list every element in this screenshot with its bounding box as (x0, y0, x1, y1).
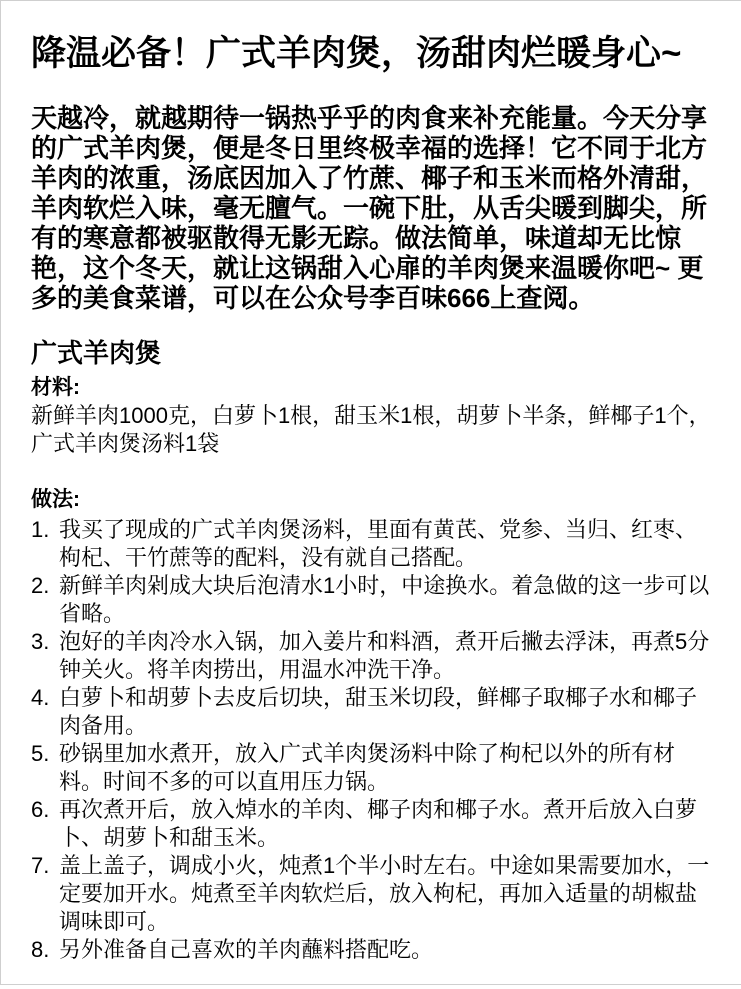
step-item: 泡好的羊肉冷水入锅，加入姜片和料酒，煮开后撇去浮沫，再煮5分钟关火。将羊肉捞出，… (59, 628, 711, 684)
materials-label: 材料: (31, 376, 711, 400)
intro-paragraph: 天越冷，就越期待一锅热乎乎的肉食来补充能量。今天分享的广式羊肉煲，便是冬日里终极… (31, 103, 711, 313)
step-item: 另外准备自己喜欢的羊肉蘸料搭配吃。 (59, 936, 711, 964)
step-item: 盖上盖子，调成小火，炖煮1个半小时左右。中途如果需要加水，一定要加开水。炖煮至羊… (59, 852, 711, 936)
recipe-heading: 广式羊肉煲 (31, 338, 711, 368)
step-item: 砂锅里加水煮开，放入广式羊肉煲汤料中除了枸杞以外的所有材料。时间不多的可以直用压… (59, 740, 711, 796)
step-item: 我买了现成的广式羊肉煲汤料，里面有黄芪、党参、当归、红枣、枸杞、干竹蔗等的配料，… (59, 516, 711, 572)
step-item: 白萝卜和胡萝卜去皮后切块，甜玉米切段，鲜椰子取椰子水和椰子肉备用。 (59, 684, 711, 740)
steps-label: 做法: (31, 488, 711, 512)
step-item: 再次煮开后，放入焯水的羊肉、椰子肉和椰子水。煮开后放入白萝卜、胡萝卜和甜玉米。 (59, 796, 711, 852)
document-page: 降温必备！广式羊肉煲，汤甜肉烂暖身心~ 天越冷，就越期待一锅热乎乎的肉食来补充能… (0, 0, 741, 985)
materials-text: 新鲜羊肉1000克，白萝卜1根，甜玉米1根，胡萝卜半条，鲜椰子1个，广式羊肉煲汤… (31, 402, 711, 458)
steps-list: 我买了现成的广式羊肉煲汤料，里面有黄芪、党参、当归、红枣、枸杞、干竹蔗等的配料，… (31, 516, 711, 964)
article-title: 降温必备！广式羊肉煲，汤甜肉烂暖身心~ (31, 33, 711, 76)
step-item: 新鲜羊肉剁成大块后泡清水1小时，中途换水。着急做的这一步可以省略。 (59, 572, 711, 628)
